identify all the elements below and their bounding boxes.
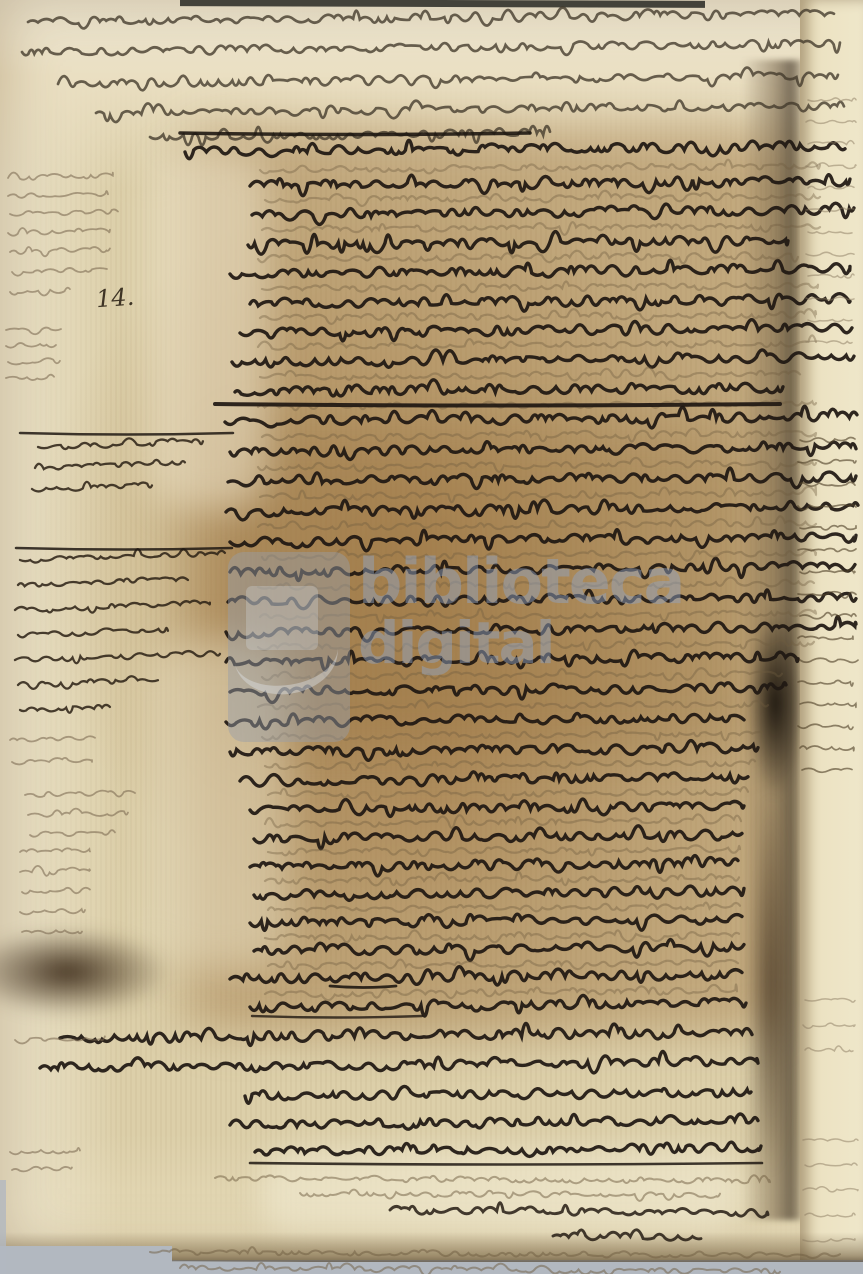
interline-bleed-lines	[258, 159, 820, 1001]
bottom-faint-lines	[150, 1172, 840, 1274]
bottom-dark-lines	[390, 1202, 768, 1241]
margin-left-dark-lines	[15, 436, 225, 715]
manuscript-scan: 14. biblioteca digital	[0, 0, 863, 1274]
margin-left-faint-lines	[6, 170, 135, 1172]
handwriting-layer	[0, 0, 863, 1274]
folio-number: 14.	[95, 283, 135, 314]
top-bleed-lines	[22, 5, 844, 146]
